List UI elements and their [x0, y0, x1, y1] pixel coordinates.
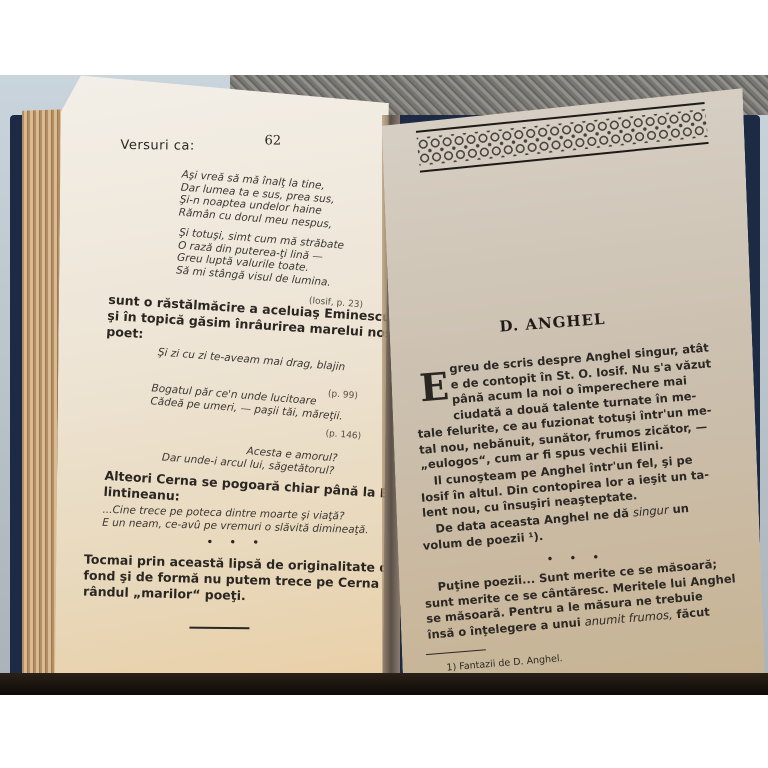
book-photo: 62 Versuri ca: Aşi vreă să mă înalţ la t…	[0, 75, 768, 695]
citation: (p. 146)	[325, 429, 361, 442]
drop-cap: E	[418, 367, 445, 407]
footnote: 1) Fantazii de D. Anghel.	[446, 653, 563, 673]
verse-stanza-2: Şi totuşi, simt cum mă străbate O rază d…	[176, 227, 345, 290]
section-separator: • • •	[206, 535, 265, 550]
right-page: D. ANGHEL E greu de scris despre Anghel …	[381, 88, 765, 693]
end-rule	[189, 627, 249, 630]
intro-label: Versuri ca:	[120, 138, 194, 154]
verse-stanza-1: Aşi vreă să mă înalţ la tine, Dar lumea …	[178, 169, 336, 231]
table-shadow	[0, 673, 768, 695]
paragraph: Tocmai prin această lipsă de originalita…	[83, 552, 389, 609]
quote: Bogatul păr ce'n unde lucitoare Cădeă pe…	[150, 382, 344, 422]
footnote-rule	[426, 649, 486, 655]
section-separator: • • •	[546, 550, 605, 566]
paragraph: Puţine poezii... Sunt merite ce se măsoa…	[423, 555, 738, 642]
quote: Acesta e amorul? Dar unde-i arcul lui, s…	[161, 438, 338, 477]
left-page: 62 Versuri ca: Aşi vreă să mă înalţ la t…	[55, 75, 389, 688]
page-number: 62	[264, 133, 281, 148]
chapter-title: D. ANGHEL	[499, 310, 606, 336]
